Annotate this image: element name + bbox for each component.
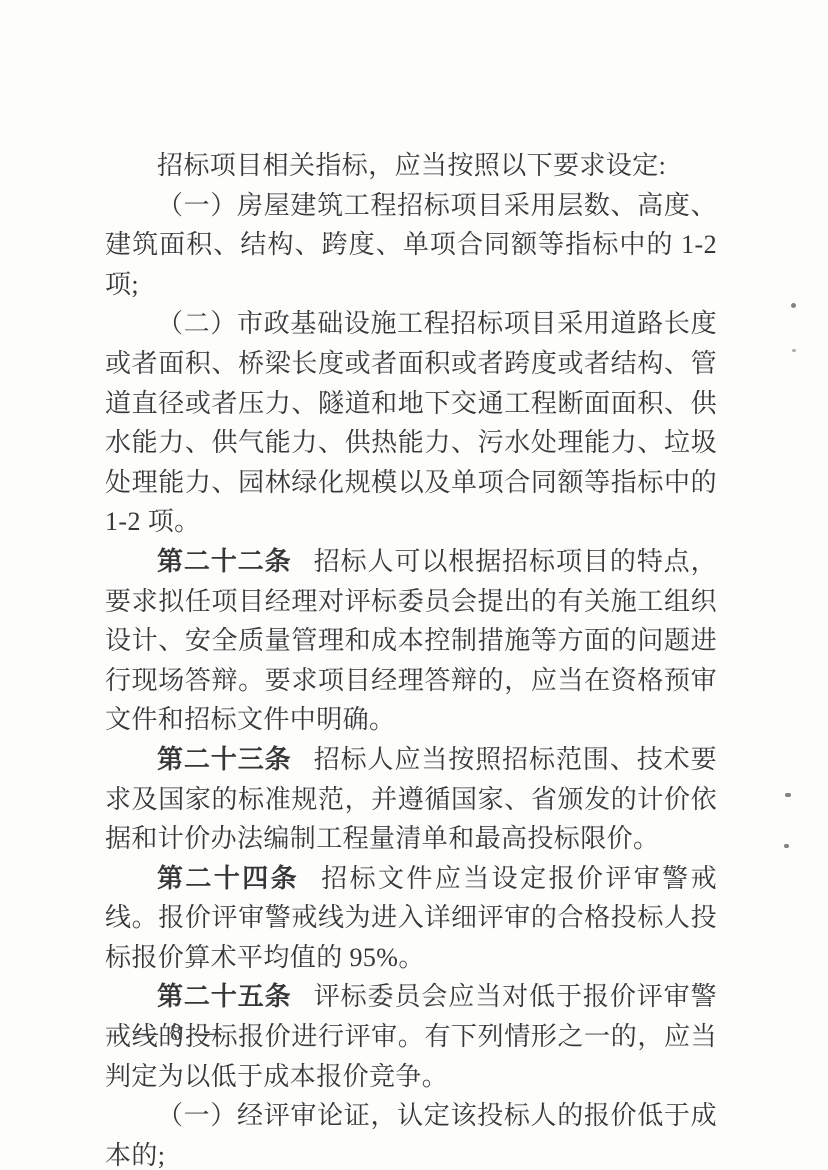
paragraph: （一）房屋建筑工程招标项目采用层数、高度、建筑面积、结构、跨度、单项合同额等指标… xyxy=(105,186,717,305)
paragraph: 第二十二条招标人可以根据招标项目的特点，要求拟任项目经理对评标委员会提出的有关施… xyxy=(105,542,717,740)
paragraph: （二）市政基础设施工程招标项目采用道路长度或者面积、桥梁长度或者面积或者跨度或者… xyxy=(105,304,717,542)
paragraph: 第二十三条招标人应当按照招标范围、技术要求及国家的标准规范，并遵循国家、省颁发的… xyxy=(105,740,717,859)
page-number: — 8 — xyxy=(134,1020,221,1047)
paragraph: 第二十四条招标文件应当设定报价评审警戒线。报价评审警戒线为进入详细评审的合格投标… xyxy=(105,859,717,978)
article-number: 第二十二条 xyxy=(157,547,292,576)
paragraph: 招标项目相关指标，应当按照以下要求设定: xyxy=(105,146,717,186)
paragraph-text: （一）房屋建筑工程招标项目采用层数、高度、建筑面积、结构、跨度、单项合同额等指标… xyxy=(105,191,717,299)
scan-speck xyxy=(792,349,796,352)
scan-speck xyxy=(784,844,789,848)
paragraph-text: 招标项目相关指标，应当按照以下要求设定: xyxy=(157,151,666,180)
document-body: 招标项目相关指标，应当按照以下要求设定:（一）房屋建筑工程招标项目采用层数、高度… xyxy=(105,146,717,1170)
scanned-document-page: 招标项目相关指标，应当按照以下要求设定:（一）房屋建筑工程招标项目采用层数、高度… xyxy=(0,0,828,1170)
paragraph: （一）经评审论证，认定该投标人的报价低于成本的; xyxy=(105,1096,717,1170)
article-number: 第二十三条 xyxy=(157,745,292,774)
article-number: 第二十四条 xyxy=(157,864,299,893)
article-number: 第二十五条 xyxy=(157,982,292,1011)
paragraph-text: （一）经评审论证，认定该投标人的报价低于成本的; xyxy=(105,1101,717,1170)
paragraph-text: （二）市政基础设施工程招标项目采用道路长度或者面积、桥梁长度或者面积或者跨度或者… xyxy=(105,309,717,536)
scan-speck xyxy=(791,303,796,308)
scan-speck xyxy=(785,793,791,797)
